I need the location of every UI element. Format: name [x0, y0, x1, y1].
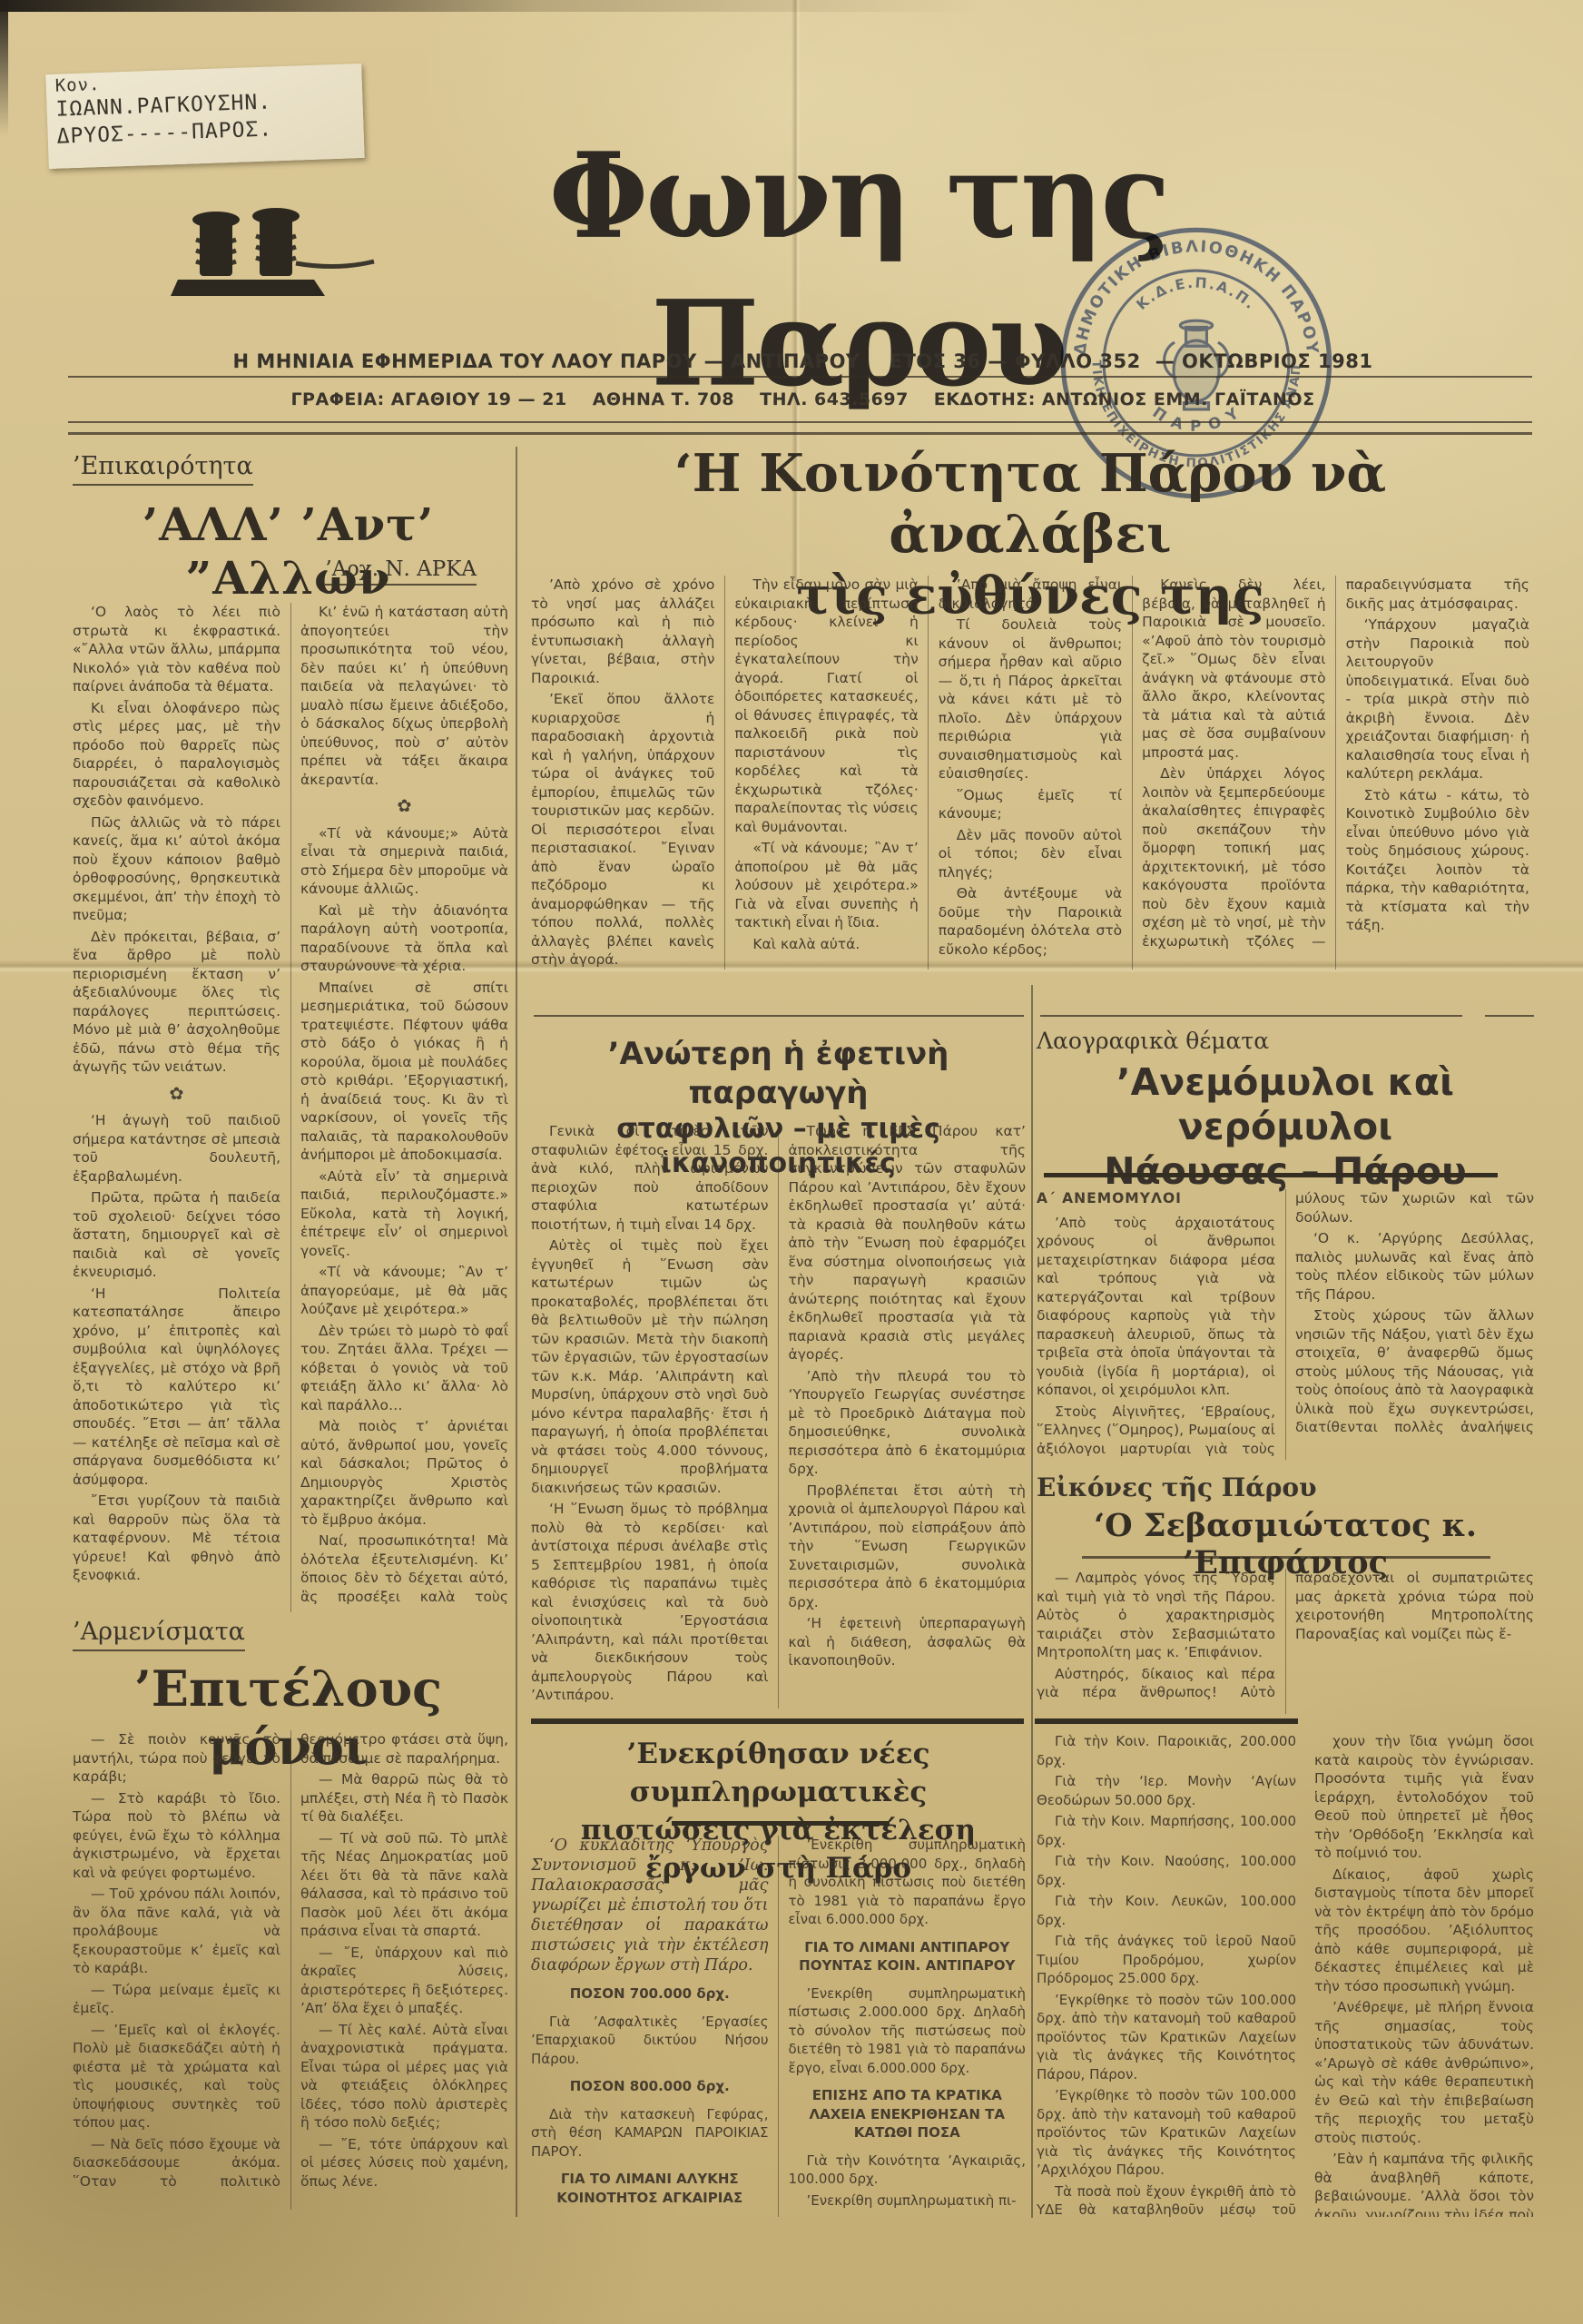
article-body-windmills: Α´ ΑΝΕΜΟΜΥΛΟΙ’Απὸ τοὺς ἀρχαιοτάτους χρόν… — [1037, 1189, 1534, 1460]
publication-date: — ΟΚΤΩΒΡΙΟΣ 1981 — [1155, 350, 1373, 372]
column-divider-right — [1031, 985, 1033, 2218]
masthead-rule-2 — [68, 421, 1532, 423]
scan-edge-shadow-top — [0, 0, 981, 12]
publisher: ΕΚΔΟΤΗΣ: ΑΝΤΩΝΙΟΣ ΕΜΜ. ΓΑΪΤΑΝΟΣ — [934, 389, 1315, 409]
kicker-armenismata: ’Αρμενίσματα — [73, 1618, 245, 1646]
office-phone: ΤΗΛ. 643.5697 — [760, 389, 909, 409]
newspaper-front-page: Κον. ΙΩΑΝΝ.ΡΑΓΚΟΥΣΗΝ. ΔΡΥΟΣ-----ΠΑΡΟΣ. Φ… — [0, 0, 1583, 2324]
column-divider-left — [516, 447, 517, 2217]
kicker-current-affairs: ’Επικαιρότητα — [73, 452, 253, 480]
section-rule-grapes — [534, 1015, 1024, 1017]
headline-rule-windmills — [1044, 1173, 1498, 1177]
article-body-current-affairs: ‘Ο λαὸς τὸ λέει πιὸ στρωτὰ κι ἐκφραστικά… — [73, 603, 508, 1612]
section-rule-credits — [531, 1718, 1024, 1724]
office-address: ΓΡΑΦΕΙΑ: ΑΓΑΘΙΟΥ 19 — 21 — [290, 389, 566, 409]
article-body-grape-production: Γενικὰ οἱ τιμὲς τῶν σταφυλιῶν ἐφέτος εἶν… — [531, 1122, 1026, 1709]
masthead-rule-1 — [68, 376, 1532, 378]
scan-edge-shadow-left — [0, 0, 8, 136]
subtitle: Η ΜΗΝΙΑΙΑ ΕΦΗΜΕΡΙΔΑ ΤΟΥ ΛΑΟΥ ΠΑΡΟΥ — ΑΝΤ… — [233, 350, 860, 372]
article-credits-list: Γιὰ τὴν Κοιν. Παροικιᾶς, 200.000 δρχ.Γιὰ… — [1037, 1732, 1296, 2217]
headline-rule-bishop — [1082, 1556, 1490, 1559]
section-rule-credits-right — [1035, 1718, 1298, 1724]
article-body-community-responsibility: ’Απὸ χρόνο σὲ χρόνο τὸ νησί μας ἀλλάζει … — [531, 576, 1529, 970]
issue-info: ΕΤΟΣ 36 — ΦΥΛΛΟ 352 — [890, 350, 1141, 372]
office-city: ΑΘΗΝΑ Τ. 708 — [593, 389, 734, 409]
section-rule-mills — [1040, 1015, 1462, 1017]
address-label: Κον. ΙΩΑΝΝ.ΡΑΓΚΟΥΣΗΝ. ΔΡΥΟΣ-----ΠΑΡΟΣ. — [45, 64, 364, 169]
article-body-bishop: — Λαμπρὸς γόνος τῆς ῞Υδρας καὶ τιμὴ γιὰ … — [1037, 1569, 1534, 1714]
kicker-folklore: Λαογραφικὰ θέματα — [1037, 1028, 1269, 1054]
masthead-rule-3 — [68, 432, 1532, 435]
masthead-office-row: ΓΡΑΦΕΙΑ: ΑΓΑΘΙΟΥ 19 — 21 ΑΘΗΝΑ Τ. 708 ΤΗ… — [292, 389, 1313, 409]
headline-rule-credits — [672, 1821, 890, 1826]
bollards-logo-icon — [169, 203, 376, 307]
masthead-subtitle-row: Η ΜΗΝΙΑΙΑ ΕΦΗΜΕΡΙΔΑ ΤΟΥ ΛΑΟΥ ΠΑΡΟΥ — ΑΝΤ… — [292, 350, 1313, 372]
article-body-credits: ‘Ο κυκλαδίτης ‘Υπουργὸς Συντονισμοῦ κ. ’… — [531, 1836, 1026, 2217]
section-rule-mills-dash — [1485, 1015, 1534, 1017]
byline-current-affairs: ’Αρχ. Ν. ΑΡΚΑ — [77, 557, 477, 581]
article-continuation-bishop: χουν τὴν ἴδια γνώμη ὅσοι κατὰ καιροὺς τὸ… — [1314, 1732, 1534, 2217]
headline-current-affairs: ’ΑΛΛ’ ’Αντ’ ”Αλλων — [77, 497, 499, 605]
kicker-images-of-paros: Εἰκόνες τῆς Πάρου — [1037, 1472, 1317, 1502]
article-body-finally-alone: — Σὲ ποιὸν κουνᾶς τὸ μαντήλι, τώρα ποὺ φ… — [73, 1730, 508, 2210]
